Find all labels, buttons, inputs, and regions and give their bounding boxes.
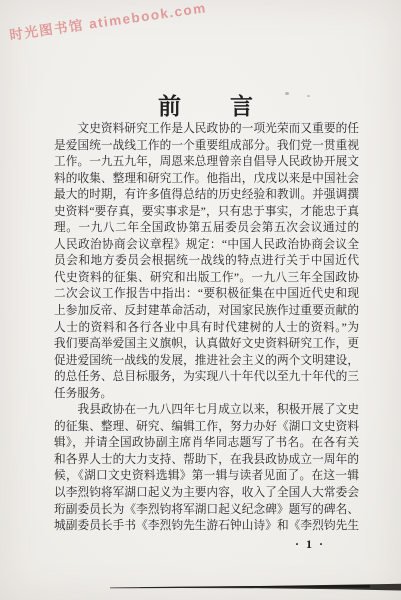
text-line: 的征集、整理、研究、编辑工作，努力办好《湖口文史资料选 bbox=[54, 419, 359, 436]
text-line: 理。一九八二年全国政协第五届委员会第五次会议通过的《中国 bbox=[54, 220, 359, 237]
text-line: 二次会议工作报告中指出：“要积极征集在中国近代史和现代史 bbox=[54, 286, 359, 303]
scanned-book-page: 时光图书馆 atimebook.com 前 言 文史资料研究工作是人民政协的一项… bbox=[0, 0, 401, 600]
text-line: 我县政协在一九八四年七月成立以来，积极开展了文史资料 bbox=[54, 402, 359, 419]
text-line: 史资料“要存真，要实事求是”，只有忠于事实，才能忠于真 bbox=[54, 204, 359, 221]
text-line: 任务服务。 bbox=[54, 386, 359, 403]
text-line: 人民政治协商会议章程》规定：“中国人民政治协商会议全国委 bbox=[54, 237, 359, 254]
page-number: · 1 · bbox=[295, 537, 325, 552]
preface-body-text: 文史资料研究工作是人民政协的一项光荣而又重要的任务，是爱国统一战线工作的一个重要… bbox=[54, 121, 359, 535]
text-line: 代史资料的征集、研究和出版工作”。一九八三年全国政协六届 bbox=[54, 270, 359, 287]
text-line: 人士的资料和各行各业中具有时代建树的人士的资料。”为此， bbox=[54, 320, 359, 337]
library-watermark: 时光图书馆 atimebook.com bbox=[8, 0, 208, 44]
text-line: 城副委员长手书《李烈钧先生游石钟山诗》和《李烈钧先生与冯 bbox=[54, 518, 359, 535]
text-line: 促进爱国统一战线的发展，推进社会主义的两个文明建设，为党 bbox=[54, 353, 359, 370]
text-line: 是爱国统一战线工作的一个重要组成部分。我们党一贯重视这项 bbox=[54, 138, 359, 155]
text-line: 候，《湖口文史资料选辑》第一辑与读者见面了。在这一辑里， bbox=[54, 468, 359, 485]
text-line: 工作。一九五九年，周恩来总理曾亲自倡导人民政协开展文史资 bbox=[54, 154, 359, 171]
scan-edge-artifact bbox=[110, 583, 401, 595]
text-line: 料的收集、整理和研究工作。他指出，戊戌以来是中国社会变动 bbox=[54, 171, 359, 188]
text-line: 和各界人士的大力支持、帮助下，在我县政协成立一周年的时 bbox=[54, 452, 359, 469]
text-line: 上参加反帝、反封建革命活动，对国家民族作过重要贡献的知名 bbox=[54, 303, 359, 320]
text-line: 我们要高举爱国主义旗帜，认真做好文史资料研究工作，更好地 bbox=[54, 336, 359, 353]
text-line: 辑》，并请全国政协副主席肖华同志题写了书名。在各有关部门 bbox=[54, 435, 359, 452]
text-line: 以李烈钧将军湖口起义为主要内容，收入了全国人大常委会许德 bbox=[54, 485, 359, 502]
text-line: 的总任务、总目标服务，为实现八十年代以至九十年代的三大 bbox=[54, 369, 359, 386]
text-line: 珩副委员长为《李烈钧将军湖口起义纪念碑》题写的碑名、周谷 bbox=[54, 502, 359, 519]
text-line: 最大的时期，有许多值得总结的历史经验和教训。并强调撰写文 bbox=[54, 187, 359, 204]
text-line: 员会和地方委员会根据统一战线的特点进行关于中国近代史、现 bbox=[54, 253, 359, 270]
text-line: 文史资料研究工作是人民政协的一项光荣而又重要的任务， bbox=[54, 121, 359, 138]
page-title: 前 言 bbox=[54, 88, 358, 121]
